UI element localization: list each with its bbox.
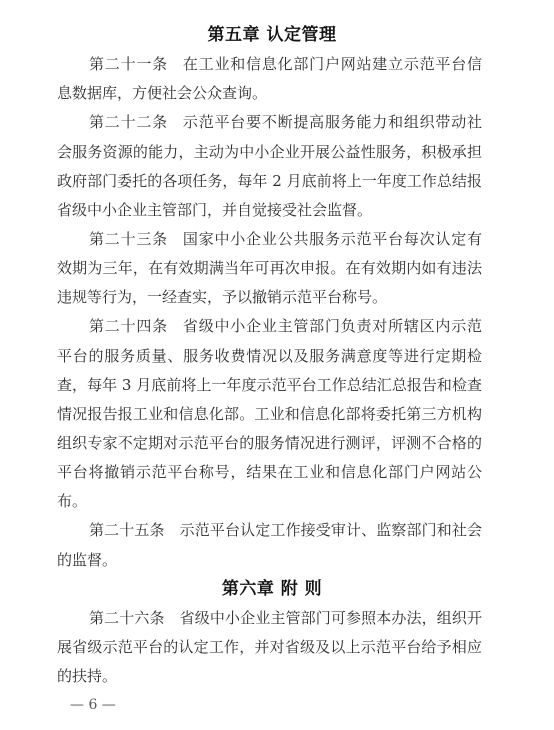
article-text: 在工业和信息化部门户网站建立示范平台信 xyxy=(183,55,482,73)
article-line: 效期为三年，在有效期满当年可再次申报。在有效期内如有违法 xyxy=(57,254,482,283)
article-line: 的扶持。 xyxy=(57,662,482,691)
article-23: 第二十三条国家中小企业公共服务示范平台每次认定有 效期为三年，在有效期满当年可再… xyxy=(57,225,482,312)
article-line: 省级中小企业主管部门，并自觉接受社会监督。 xyxy=(57,196,482,225)
article-line: 情况报告报工业和信息化部。工业和信息化部将委托第三方机构 xyxy=(57,400,482,429)
article-first-line: 第二十四条省级中小企业主管部门负责对所辖区内示范 xyxy=(57,312,482,341)
article-text: 示范平台要不断提高服务能力和组织带动社 xyxy=(183,113,482,131)
article-first-line: 第二十二条示范平台要不断提高服务能力和组织带动社 xyxy=(57,108,482,137)
article-first-line: 第二十一条在工业和信息化部门户网站建立示范平台信 xyxy=(57,50,482,79)
page-number: — 6 — xyxy=(57,691,482,720)
article-line: 布。 xyxy=(57,487,482,516)
article-line: 违规等行为，一经查实，予以撤销示范平台称号。 xyxy=(57,283,482,312)
article-24: 第二十四条省级中小企业主管部门负责对所辖区内示范 平台的服务质量、服务收费情况以… xyxy=(57,312,482,516)
article-21: 第二十一条在工业和信息化部门户网站建立示范平台信 息数据库，方便社会公众查询。 xyxy=(57,50,482,108)
article-label: 第二十一条 xyxy=(89,55,168,73)
article-text: 省级中小企业主管部门可参照本办法，组织开 xyxy=(180,609,482,627)
chapter-title: 第六章 附 则 xyxy=(57,575,482,604)
article-line: 政府部门委托的各项任务，每年 2 月底前将上一年度工作总结报 xyxy=(57,167,482,196)
article-label: 第二十三条 xyxy=(89,230,168,248)
article-first-line: 第二十六条省级中小企业主管部门可参照本办法，组织开 xyxy=(57,604,482,633)
article-line: 展省级示范平台的认定工作，并对省级及以上示范平台给予相应 xyxy=(57,633,482,662)
article-text: 国家中小企业公共服务示范平台每次认定有 xyxy=(183,230,482,248)
article-label: 第二十六条 xyxy=(89,609,165,627)
article-text: 示范平台认定工作接受审计、监察部门和社会 xyxy=(180,521,482,539)
article-label: 第二十四条 xyxy=(89,317,168,335)
article-line: 平台将撤销示范平台称号，结果在工业和信息化部门户网站公 xyxy=(57,458,482,487)
chapter-title: 第五章 认定管理 xyxy=(57,21,482,50)
article-first-line: 第二十三条国家中小企业公共服务示范平台每次认定有 xyxy=(57,225,482,254)
article-first-line: 第二十五条示范平台认定工作接受审计、监察部门和社会 xyxy=(57,516,482,545)
article-line: 平台的服务质量、服务收费情况以及服务满意度等进行定期检 xyxy=(57,342,482,371)
article-line: 会服务资源的能力，主动为中小企业开展公益性服务，积极承担 xyxy=(57,138,482,167)
article-line: 查，每年 3 月底前将上一年度示范平台工作总结汇总报告和检查 xyxy=(57,371,482,400)
article-22: 第二十二条示范平台要不断提高服务能力和组织带动社 会服务资源的能力，主动为中小企… xyxy=(57,108,482,225)
article-label: 第二十五条 xyxy=(89,521,165,539)
article-line: 息数据库，方便社会公众查询。 xyxy=(57,79,482,108)
article-line: 组织专家不定期对示范平台的服务情况进行测评，评测不合格的 xyxy=(57,429,482,458)
document-page: 第五章 认定管理 第二十一条在工业和信息化部门户网站建立示范平台信 息数据库，方… xyxy=(57,21,482,720)
article-text: 省级中小企业主管部门负责对所辖区内示范 xyxy=(183,317,482,335)
article-26: 第二十六条省级中小企业主管部门可参照本办法，组织开 展省级示范平台的认定工作，并… xyxy=(57,604,482,691)
article-label: 第二十二条 xyxy=(89,113,168,131)
article-line: 的监督。 xyxy=(57,546,482,575)
article-25: 第二十五条示范平台认定工作接受审计、监察部门和社会 的监督。 xyxy=(57,516,482,574)
